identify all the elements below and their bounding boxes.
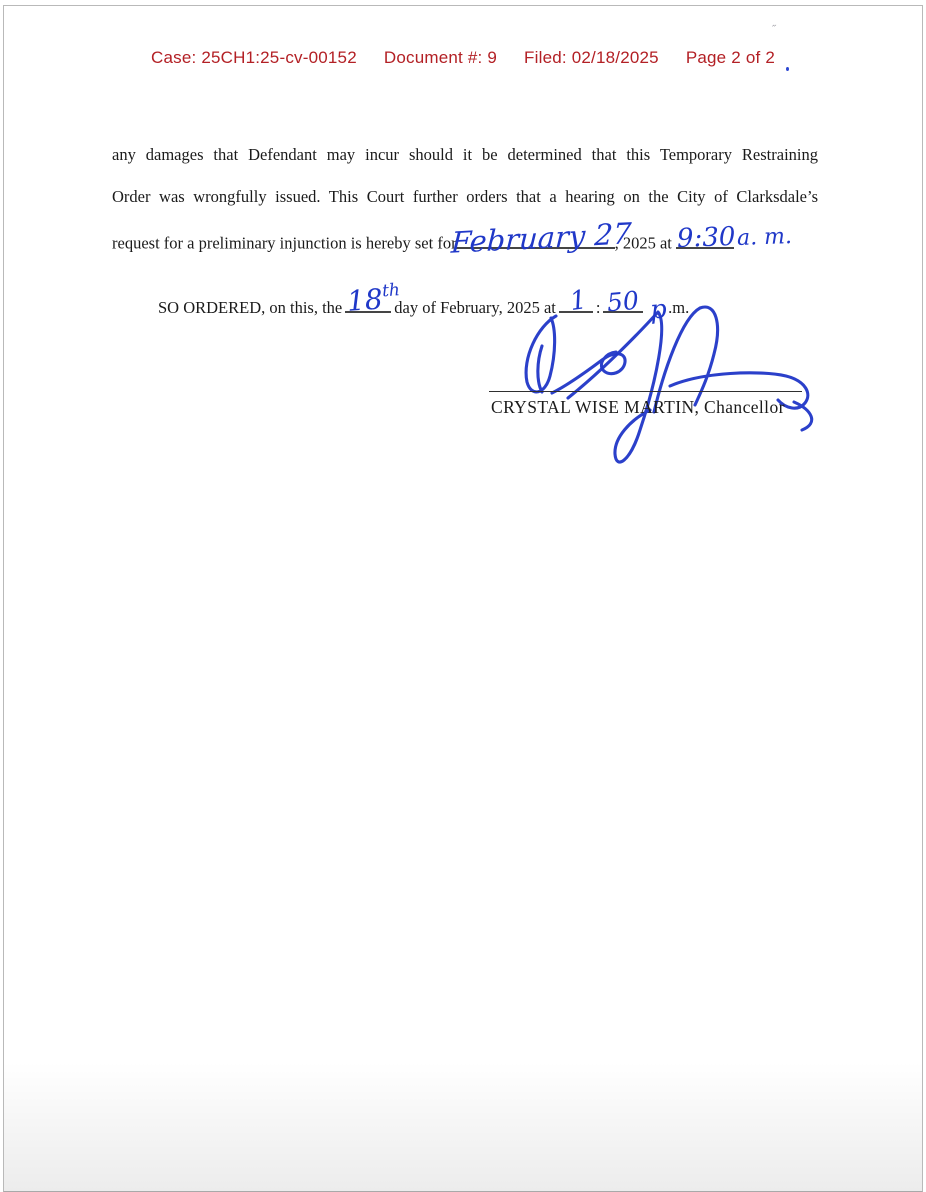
chancellor-name: CRYSTAL WISE MARTIN, Chancellor	[491, 397, 785, 418]
body-line-3-prefix: request for a preliminary injunction is …	[112, 234, 457, 253]
hearing-time-blank: 9:30	[676, 230, 734, 249]
scan-artifact-mark: ˝	[772, 24, 776, 36]
hearing-time-handwriting: 9:30	[676, 223, 735, 251]
page-border	[3, 5, 923, 1192]
body-line-1: any damages that Defendant may incur sho…	[112, 146, 818, 165]
meridiem-handwriting: p	[650, 296, 668, 323]
minute-blank: 50	[603, 295, 643, 314]
page-bottom-shadow	[4, 1061, 922, 1191]
body-line-3: request for a preliminary injunction is …	[112, 230, 792, 254]
so-ordered-mid: day of February, 2025 at	[394, 298, 556, 317]
filed-date: Filed: 02/18/2025	[524, 49, 659, 66]
day-ordinal-handwriting: th	[382, 280, 401, 301]
day-handwriting: 18th	[346, 282, 401, 316]
hearing-date-blank: February 27	[455, 230, 615, 249]
signature-rule	[489, 391, 802, 392]
time-colon: :	[596, 298, 601, 317]
page-indicator: Page 2 of 2	[686, 49, 775, 66]
so-ordered-prefix: SO ORDERED, on this, the	[158, 298, 342, 317]
signature-stroke-descender	[568, 312, 662, 462]
body-line-2: Order was wrongfully issued. This Court …	[112, 188, 818, 207]
hour-blank: 1	[559, 295, 593, 314]
signature-stroke-loop	[526, 316, 556, 392]
hour-handwriting: 1	[568, 287, 588, 315]
minute-handwriting: 50	[606, 288, 640, 316]
so-ordered-suffix: .m.	[668, 298, 689, 317]
case-number: Case: 25CH1:25-cv-00152	[151, 49, 357, 66]
filing-stamp-header: Case: 25CH1:25-cv-00152 Document #: 9 Fi…	[0, 49, 926, 66]
so-ordered-line: SO ORDERED, on this, the18thday of Febru…	[158, 292, 689, 318]
hearing-meridiem-handwriting: a. m.	[736, 226, 792, 250]
ink-dot-artifact	[786, 67, 789, 71]
day-blank: 18th	[345, 295, 391, 314]
document-page: Case: 25CH1:25-cv-00152 Document #: 9 Fi…	[0, 0, 926, 1192]
document-number: Document #: 9	[384, 49, 497, 66]
hearing-date-handwriting: February 27	[450, 219, 632, 258]
signature-stroke-squiggle	[552, 352, 625, 393]
